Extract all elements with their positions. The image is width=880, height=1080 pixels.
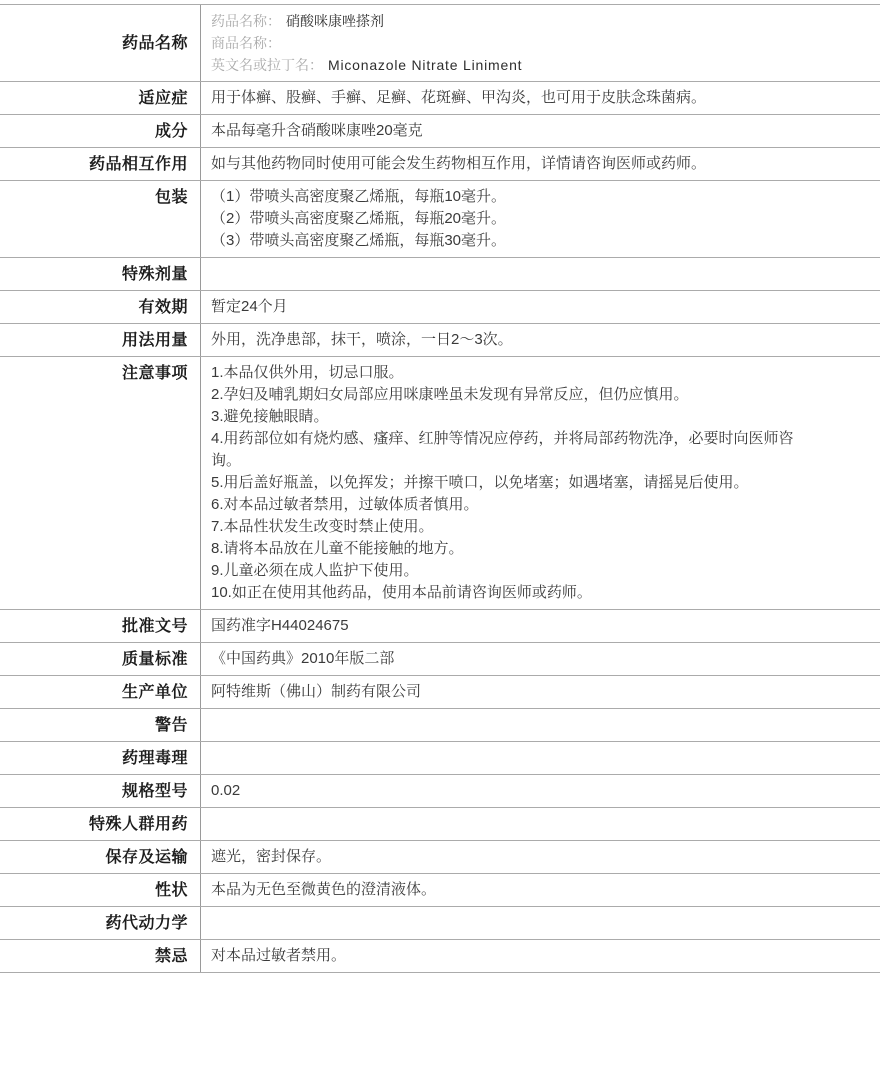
row-content: 国药准字H44024675 xyxy=(201,610,880,642)
row-label: 注意事项 xyxy=(0,357,201,609)
table-row-manufacturer: 生产单位 阿特维斯（佛山）制药有限公司 xyxy=(0,676,880,709)
table-row-pharmacology-toxicology: 药理毒理 xyxy=(0,742,880,775)
table-row-indications: 适应症 用于体癣、股癣、手癣、足癣、花斑癣、甲沟炎，也可用于皮肤念珠菌病。 xyxy=(0,82,880,115)
table-row-description: 性状 本品为无色至微黄色的澄清液体。 xyxy=(0,874,880,907)
row-content: 如与其他药物同时使用可能会发生药物相互作用，详情请咨询医师或药师。 xyxy=(201,148,880,180)
table-row-special-dosage: 特殊剂量 xyxy=(0,258,880,291)
row-label: 药代动力学 xyxy=(0,907,201,939)
row-content-text: 1.本品仅供外用，切忌口服。 2.孕妇及哺乳期妇女局部应用咪康唑虽未发现有异常反… xyxy=(211,362,803,604)
table-row-dosage-usage: 用法用量 外用，洗净患部，抹干，喷涂，一日2～3次。 xyxy=(0,324,880,357)
row-content: 本品每毫升含硝酸咪康唑20毫克 xyxy=(201,115,880,147)
row-content-text: 遮光，密封保存。 xyxy=(211,846,803,868)
row-content xyxy=(201,808,880,840)
row-label: 成分 xyxy=(0,115,201,147)
row-label: 批准文号 xyxy=(0,610,201,642)
table-row-warning: 警告 xyxy=(0,709,880,742)
row-content: 用于体癣、股癣、手癣、足癣、花斑癣、甲沟炎，也可用于皮肤念珠菌病。 xyxy=(201,82,880,114)
row-label: 药品相互作用 xyxy=(0,148,201,180)
row-label: 规格型号 xyxy=(0,775,201,807)
row-content-text: 对本品过敏者禁用。 xyxy=(211,945,803,967)
generic-name-value: 硝酸咪康唑搽剂 xyxy=(286,13,384,29)
row-content-text: 暂定24个月 xyxy=(211,296,803,318)
table-row-special-populations: 特殊人群用药 xyxy=(0,808,880,841)
table-row-pharmacokinetics: 药代动力学 xyxy=(0,907,880,940)
table-row-storage-transport: 保存及运输 遮光，密封保存。 xyxy=(0,841,880,874)
row-label: 包装 xyxy=(0,181,201,257)
row-content xyxy=(201,907,880,939)
row-content-text: （1）带喷头高密度聚乙烯瓶，每瓶10毫升。 （2）带喷头高密度聚乙烯瓶，每瓶20… xyxy=(211,186,803,252)
table-row-precautions: 注意事项 1.本品仅供外用，切忌口服。 2.孕妇及哺乳期妇女局部应用咪康唑虽未发… xyxy=(0,357,880,610)
row-content-text: 0.02 xyxy=(211,780,803,802)
row-label: 特殊剂量 xyxy=(0,258,201,290)
row-content: 暂定24个月 xyxy=(201,291,880,323)
table-row-specification: 规格型号 0.02 xyxy=(0,775,880,808)
row-label: 药理毒理 xyxy=(0,742,201,774)
row-label: 禁忌 xyxy=(0,940,201,972)
latin-name-field-label: 英文名或拉丁名： xyxy=(211,57,323,73)
latin-name-line: 英文名或拉丁名：Miconazole Nitrate Liniment xyxy=(211,54,870,76)
row-content: 遮光，密封保存。 xyxy=(201,841,880,873)
table-row-ingredients: 成分 本品每毫升含硝酸咪康唑20毫克 xyxy=(0,115,880,148)
row-label: 生产单位 xyxy=(0,676,201,708)
row-content-text: 本品每毫升含硝酸咪康唑20毫克 xyxy=(211,120,803,142)
row-label: 保存及运输 xyxy=(0,841,201,873)
row-content: 阿特维斯（佛山）制药有限公司 xyxy=(201,676,880,708)
table-row-drug-interactions: 药品相互作用 如与其他药物同时使用可能会发生药物相互作用，详情请咨询医师或药师。 xyxy=(0,148,880,181)
row-content-text: 《中国药典》2010年版二部 xyxy=(211,648,803,670)
row-label: 警告 xyxy=(0,709,201,741)
row-content-text: 本品为无色至微黄色的澄清液体。 xyxy=(211,879,803,901)
row-content: 0.02 xyxy=(201,775,880,807)
trade-name-line: 商品名称： xyxy=(211,32,870,54)
row-content-text: 阿特维斯（佛山）制药有限公司 xyxy=(211,681,803,703)
row-content xyxy=(201,258,880,290)
row-label: 用法用量 xyxy=(0,324,201,356)
row-content xyxy=(201,742,880,774)
trade-name-field-label: 商品名称： xyxy=(211,35,281,51)
row-label: 性状 xyxy=(0,874,201,906)
row-label-drug-name: 药品名称 xyxy=(0,5,201,81)
row-content: （1）带喷头高密度聚乙烯瓶，每瓶10毫升。 （2）带喷头高密度聚乙烯瓶，每瓶20… xyxy=(201,181,880,257)
row-content-drug-name: 药品名称：硝酸咪康唑搽剂 商品名称： 英文名或拉丁名：Miconazole Ni… xyxy=(201,5,880,81)
table-row-drug-name: 药品名称 药品名称：硝酸咪康唑搽剂 商品名称： 英文名或拉丁名：Miconazo… xyxy=(0,5,880,82)
row-content: 《中国药典》2010年版二部 xyxy=(201,643,880,675)
drug-info-table: 药品名称 药品名称：硝酸咪康唑搽剂 商品名称： 英文名或拉丁名：Miconazo… xyxy=(0,4,880,973)
generic-name-field-label: 药品名称： xyxy=(211,13,281,29)
table-row-packaging: 包装 （1）带喷头高密度聚乙烯瓶，每瓶10毫升。 （2）带喷头高密度聚乙烯瓶，每… xyxy=(0,181,880,258)
generic-name-line: 药品名称：硝酸咪康唑搽剂 xyxy=(211,10,870,32)
row-content: 本品为无色至微黄色的澄清液体。 xyxy=(201,874,880,906)
row-label: 有效期 xyxy=(0,291,201,323)
row-content-text: 国药准字H44024675 xyxy=(211,615,803,637)
row-content-text: 如与其他药物同时使用可能会发生药物相互作用，详情请咨询医师或药师。 xyxy=(211,153,803,175)
table-row-shelf-life: 有效期 暂定24个月 xyxy=(0,291,880,324)
row-content-text: 用于体癣、股癣、手癣、足癣、花斑癣、甲沟炎，也可用于皮肤念珠菌病。 xyxy=(211,87,803,109)
row-content: 1.本品仅供外用，切忌口服。 2.孕妇及哺乳期妇女局部应用咪康唑虽未发现有异常反… xyxy=(201,357,880,609)
row-content xyxy=(201,709,880,741)
table-row-contraindications: 禁忌 对本品过敏者禁用。 xyxy=(0,940,880,973)
row-label: 适应症 xyxy=(0,82,201,114)
latin-name-value: Miconazole Nitrate Liniment xyxy=(328,57,522,73)
table-row-approval-number: 批准文号 国药准字H44024675 xyxy=(0,610,880,643)
row-content-text: 外用，洗净患部，抹干，喷涂，一日2～3次。 xyxy=(211,329,803,351)
table-row-quality-standard: 质量标准 《中国药典》2010年版二部 xyxy=(0,643,880,676)
row-label: 质量标准 xyxy=(0,643,201,675)
row-content: 对本品过敏者禁用。 xyxy=(201,940,880,972)
row-content: 外用，洗净患部，抹干，喷涂，一日2～3次。 xyxy=(201,324,880,356)
row-label: 特殊人群用药 xyxy=(0,808,201,840)
